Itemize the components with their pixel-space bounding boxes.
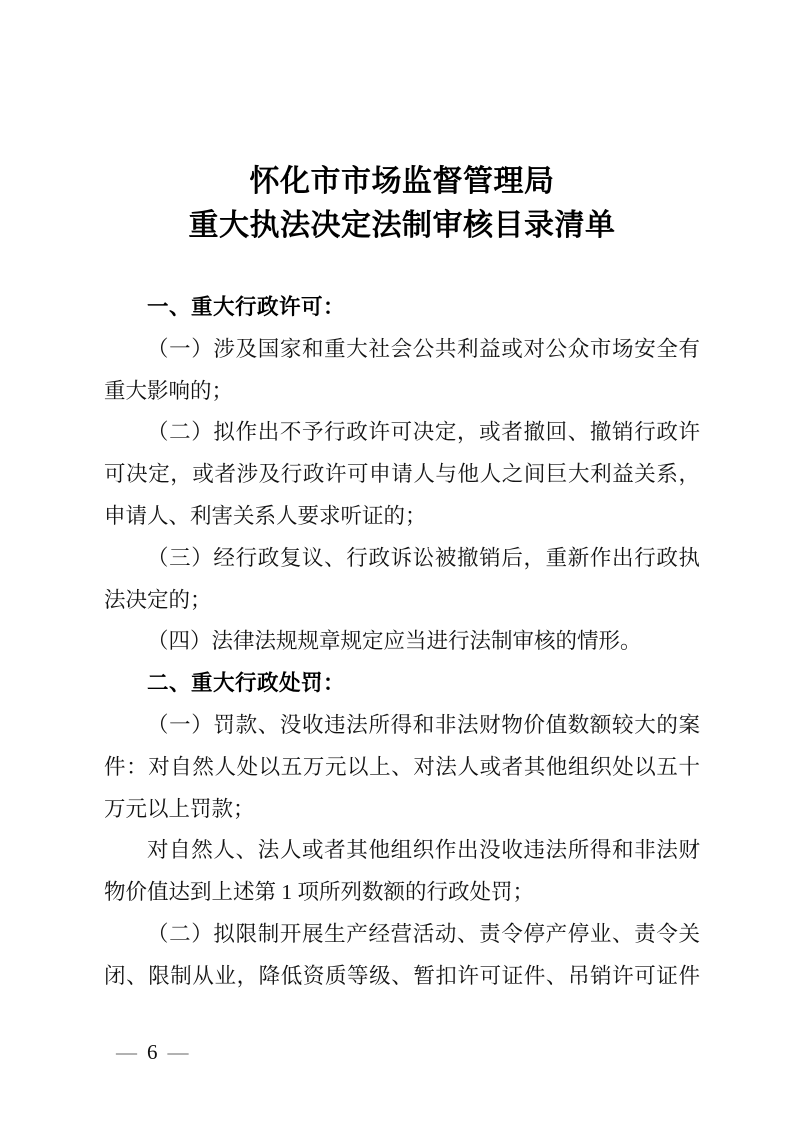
section-heading: 一、重大行政许可： xyxy=(104,287,700,329)
title-line: 重大执法决定法制审核目录清单 xyxy=(104,204,700,248)
text-line: 件：对自然人处以五万元以上、对法人或者其他组织处以五十 xyxy=(104,747,700,789)
text-line: （二）拟限制开展生产经营活动、责令停产停业、责令关 xyxy=(104,914,700,956)
section-heading: 二、重大行政处罚： xyxy=(104,663,700,705)
page-number: —6— xyxy=(116,1039,189,1065)
page-number-dash-left: — xyxy=(116,1040,137,1064)
text-line: 万元以上罚款； xyxy=(104,789,700,831)
document-title: 怀化市市场监督管理局重大执法决定法制审核目录清单 xyxy=(0,0,793,248)
text-line: 对自然人、法人或者其他组织作出没收违法所得和非法财 xyxy=(104,830,700,872)
page-number-dash-right: — xyxy=(168,1040,189,1064)
text-line: （四）法律法规规章规定应当进行法制审核的情形。 xyxy=(104,621,700,663)
text-line: 法决定的； xyxy=(104,580,700,622)
text-line: （三）经行政复议、行政诉讼被撤销后，重新作出行政执 xyxy=(104,538,700,580)
document-body: 一、重大行政许可：（一）涉及国家和重大社会公共利益或对公众市场安全有重大影响的；… xyxy=(0,287,793,998)
text-line: 可决定，或者涉及行政许可申请人与他人之间巨大利益关系， xyxy=(104,454,700,496)
text-line: 重大影响的； xyxy=(104,371,700,413)
title-line: 怀化市市场监督管理局 xyxy=(104,160,700,204)
text-line: （二）拟作出不予行政许可决定，或者撤回、撤销行政许 xyxy=(104,412,700,454)
text-line: 申请人、利害关系人要求听证的； xyxy=(104,496,700,538)
text-line: 物价值达到上述第 1 项所列数额的行政处罚； xyxy=(104,872,700,914)
text-line: （一）涉及国家和重大社会公共利益或对公众市场安全有 xyxy=(104,329,700,371)
page-number-value: 6 xyxy=(147,1040,158,1064)
text-line: 闭、限制从业，降低资质等级、暂扣许可证件、吊销许可证件 xyxy=(104,956,700,998)
text-line: （一）罚款、没收违法所得和非法财物价值数额较大的案 xyxy=(104,705,700,747)
document-page: 怀化市市场监督管理局重大执法决定法制审核目录清单 一、重大行政许可：（一）涉及国… xyxy=(0,0,793,1122)
